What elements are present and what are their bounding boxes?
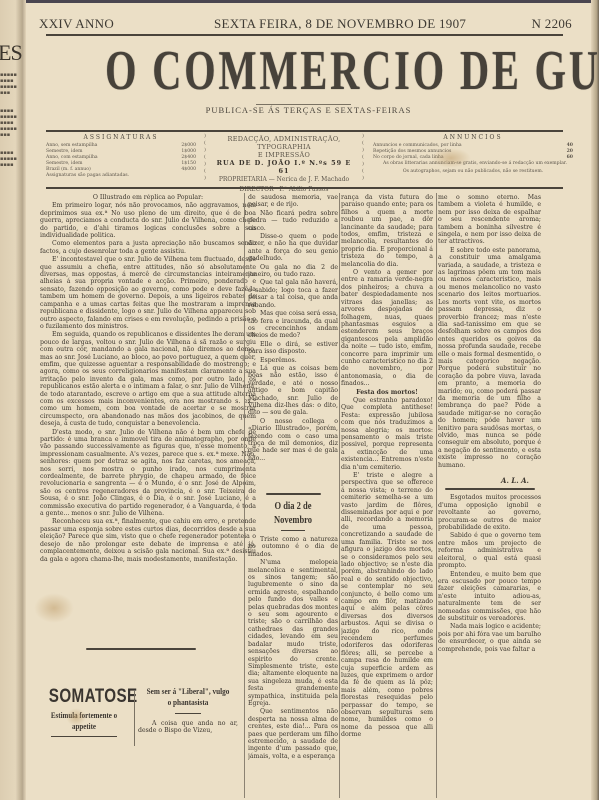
paragraph: D'esta modo, o snr. Julio de Vilhena não…: [40, 429, 256, 518]
office-line1: REDACÇÃO, ADMINISTRAÇÃO, TYPOGRAPHIA: [214, 135, 354, 151]
paper-stain: [66, 708, 86, 726]
paragraph: Em primeiro logar, nós não provocamos, n…: [40, 202, 256, 239]
article-liberal: Sem ser á "Liberal", vulgo o phantasista…: [138, 686, 238, 735]
paragraph: Que estranho paradoxo! Que completa anti…: [341, 397, 433, 471]
paragraph: Em seguida, quando os republicanos e dis…: [40, 331, 256, 427]
paragraph: Esperêmos.: [248, 357, 338, 364]
article-illustrado-reply: O Illustrado em réplica ao Popular: Em p…: [40, 194, 256, 641]
masthead-title: O COMMERCIO DE GUIMARÃES: [105, 41, 512, 101]
article-title: Sem ser á "Liberal", vulgo o phantasista: [146, 686, 231, 708]
paragraph: de saudosa memoria, vae poisar, e de rij…: [248, 194, 338, 209]
article-title: O dia 2 de Novembro: [255, 500, 332, 528]
info-bar: ASSIGNATURAS Anno, sem estampilha2$000 S…: [46, 131, 581, 186]
paragraph: Não ficará pedra sobre pedra — tudo redu…: [248, 210, 338, 232]
previous-page-edge: ES ▪▪▪▪▪ ▪▪▪▪ ▪▪▪▪▪ ▪▪▪ ▪▪▪▪ ▪▪▪▪▪ ▪▪▪▪ …: [0, 0, 22, 800]
paragraph: N'uma melopeia melancolica e sentimental…: [248, 559, 338, 707]
issue-number: N 2206: [532, 16, 572, 32]
paragraph: Que tal gala não haverá, é sabido; logo …: [248, 279, 338, 309]
paragraph: me o somno eterno. Mas tambem a violeta …: [438, 194, 541, 246]
paragraph: E' incontestavel que o snr. Julio de Vil…: [40, 256, 256, 330]
ornamental-rule: [266, 493, 321, 495]
article-body: A coisa que anda no ar, desde o Bispo de…: [138, 720, 238, 735]
ad-underline: [51, 736, 117, 737]
article-gala-column: de saudosa memoria, vae poisar, e de rij…: [248, 194, 338, 494]
previous-page-text: ▪▪▪▪▪ ▪▪▪▪ ▪▪▪▪▪ ▪▪▪: [0, 72, 22, 96]
ornamental-separator: )()()(): [360, 133, 366, 183]
ads-note: As obras litterarias annunciam-se gratis…: [373, 161, 573, 167]
subscriptions-note: Assignaturas são pagas adiantadas.: [46, 173, 196, 179]
office-line2: E IMPRESSÃO: [214, 151, 354, 159]
title-underline: [175, 713, 201, 714]
office-owner: PROPRIETARIA — Nerica de J. F. Machado: [214, 175, 354, 185]
paragraph: Sabido é que o governo tem entre mãos um…: [438, 532, 541, 569]
subscriptions-title: ASSIGNATURAS: [46, 135, 196, 141]
paragraph: Esgotados muitos processos d'uma opposiç…: [438, 494, 541, 531]
paragraph: Nada mais logico e acidente; pois por ah…: [438, 623, 541, 653]
title-underline: [281, 530, 305, 531]
paragraph: rança da vista futura do paraiso quando …: [341, 194, 433, 268]
paragraph: Lá que as coisas bem boas não estão, iss…: [248, 365, 338, 417]
paragraph: Entendeu, e muito bem que era escusado p…: [438, 571, 541, 623]
column-rule: [134, 691, 135, 746]
previous-page-text: ▪▪▪▪ ▪▪▪▪▪ ▪▪▪▪: [0, 150, 22, 168]
author-signature: A. L. A.: [438, 477, 529, 484]
office-address: RUA DE D. JOÃO I.º N.ºs 59 E 61: [214, 159, 354, 175]
infobar-bottom-rule: [46, 187, 563, 189]
paragraph: Elle o dirá, se estiver para isso dispos…: [248, 341, 338, 356]
previous-page-text: ▪▪▪▪ ▪▪▪▪▪ ▪▪▪▪ ▪▪▪▪▪ ▪▪▪: [0, 108, 22, 138]
issue-date: SEXTA FEIRA, 8 DE NOVEMBRO DE 1907: [214, 16, 466, 32]
volume-label: XXIV ANNO: [39, 16, 114, 32]
paragraph: O vento a gemer por entre a ramaria verd…: [341, 269, 433, 388]
column-rule: [339, 193, 340, 798]
ad-brand-name: SOMATOSE: [49, 686, 119, 708]
header-rule: [46, 34, 563, 36]
paper-stain: [431, 148, 471, 168]
newspaper-page: XXIV ANNO SEXTA FEIRA, 8 DE NOVEMBRO DE …: [26, 3, 591, 800]
dateline: XXIV ANNO SEXTA FEIRA, 8 DE NOVEMBRO DE …: [39, 16, 578, 30]
article-dia-2-novembro-cont: rança da vista futura do paraiso quando …: [341, 194, 433, 794]
column-rule: [244, 193, 245, 798]
previous-page-title-fragment: ES: [0, 40, 22, 66]
ornamental-rule: [445, 488, 535, 490]
paragraph: Como elementos para a justa apreciação n…: [40, 240, 256, 255]
column-rule: [436, 193, 437, 798]
ornamental-separator: )()()(): [202, 133, 208, 183]
paragraph: Disse-o quem o pode dizer, e não ha que …: [248, 233, 338, 263]
paragraph: E sobre todo este panorama, a constituir…: [438, 247, 541, 469]
section-subhead: Festa dos mortos!: [341, 389, 433, 396]
subscriptions-box: ASSIGNATURAS Anno, sem estampilha2$000 S…: [46, 135, 196, 179]
ads-title: ANNUNCIOS: [373, 135, 573, 141]
paragraph: A coisa que anda no ar, desde o Bispo de…: [138, 720, 238, 735]
article-headline: O Illustrado em réplica ao Popular:: [40, 194, 256, 201]
article-dia-2-novembro: O dia 2 de Novembro Triste como a nature…: [248, 498, 338, 798]
ads-box: ANNUNCIOS Annuncios e communicados, por …: [373, 135, 573, 175]
publication-schedule: PUBLICA-SE ÁS TERÇAS E SEXTAS-FEIRAS: [26, 105, 591, 115]
paragraph: Triste como a natureza no outomno é o di…: [248, 536, 338, 558]
paragraph: Mas que coisa será essa, tão fera e irac…: [248, 310, 338, 340]
article-column-5: me o somno eterno. Mas tambem a violeta …: [438, 194, 541, 794]
ornamental-rule: [86, 648, 196, 650]
paragraph: Reconheceu sua ex.ª, finalmente, que cah…: [40, 518, 256, 562]
paper-stain: [34, 593, 74, 623]
paragraph: Ou gala no dia 2 de janeiro, ou tudo raz…: [248, 264, 338, 279]
ads-note: Os autographos, sejam ou não publicados,…: [373, 169, 573, 175]
paragraph: O nosso collega o «Diario Illustrado», p…: [248, 418, 338, 462]
page-right-edge: [591, 0, 599, 800]
paragraph: Que sentimentos não desperta na nossa al…: [248, 708, 338, 760]
paragraph: E' triste e alegre a perspectiva que se …: [341, 472, 433, 739]
office-box: REDACÇÃO, ADMINISTRAÇÃO, TYPOGRAPHIA E I…: [214, 135, 354, 195]
